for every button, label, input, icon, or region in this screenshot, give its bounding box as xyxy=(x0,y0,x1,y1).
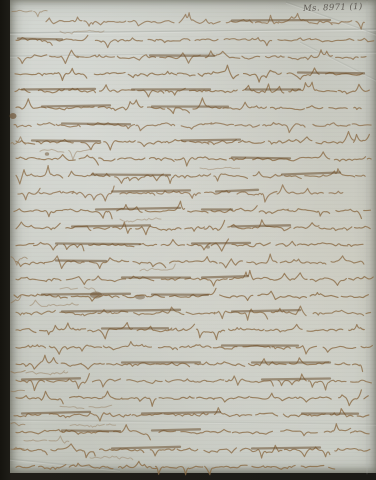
paper-creases xyxy=(10,0,376,474)
scanned-manuscript-page: Ms. 8971 (1) xyxy=(0,0,376,480)
handwriting-ink-layer xyxy=(0,0,376,480)
shelfmark-label: Ms. 8971 (1) xyxy=(303,2,363,14)
